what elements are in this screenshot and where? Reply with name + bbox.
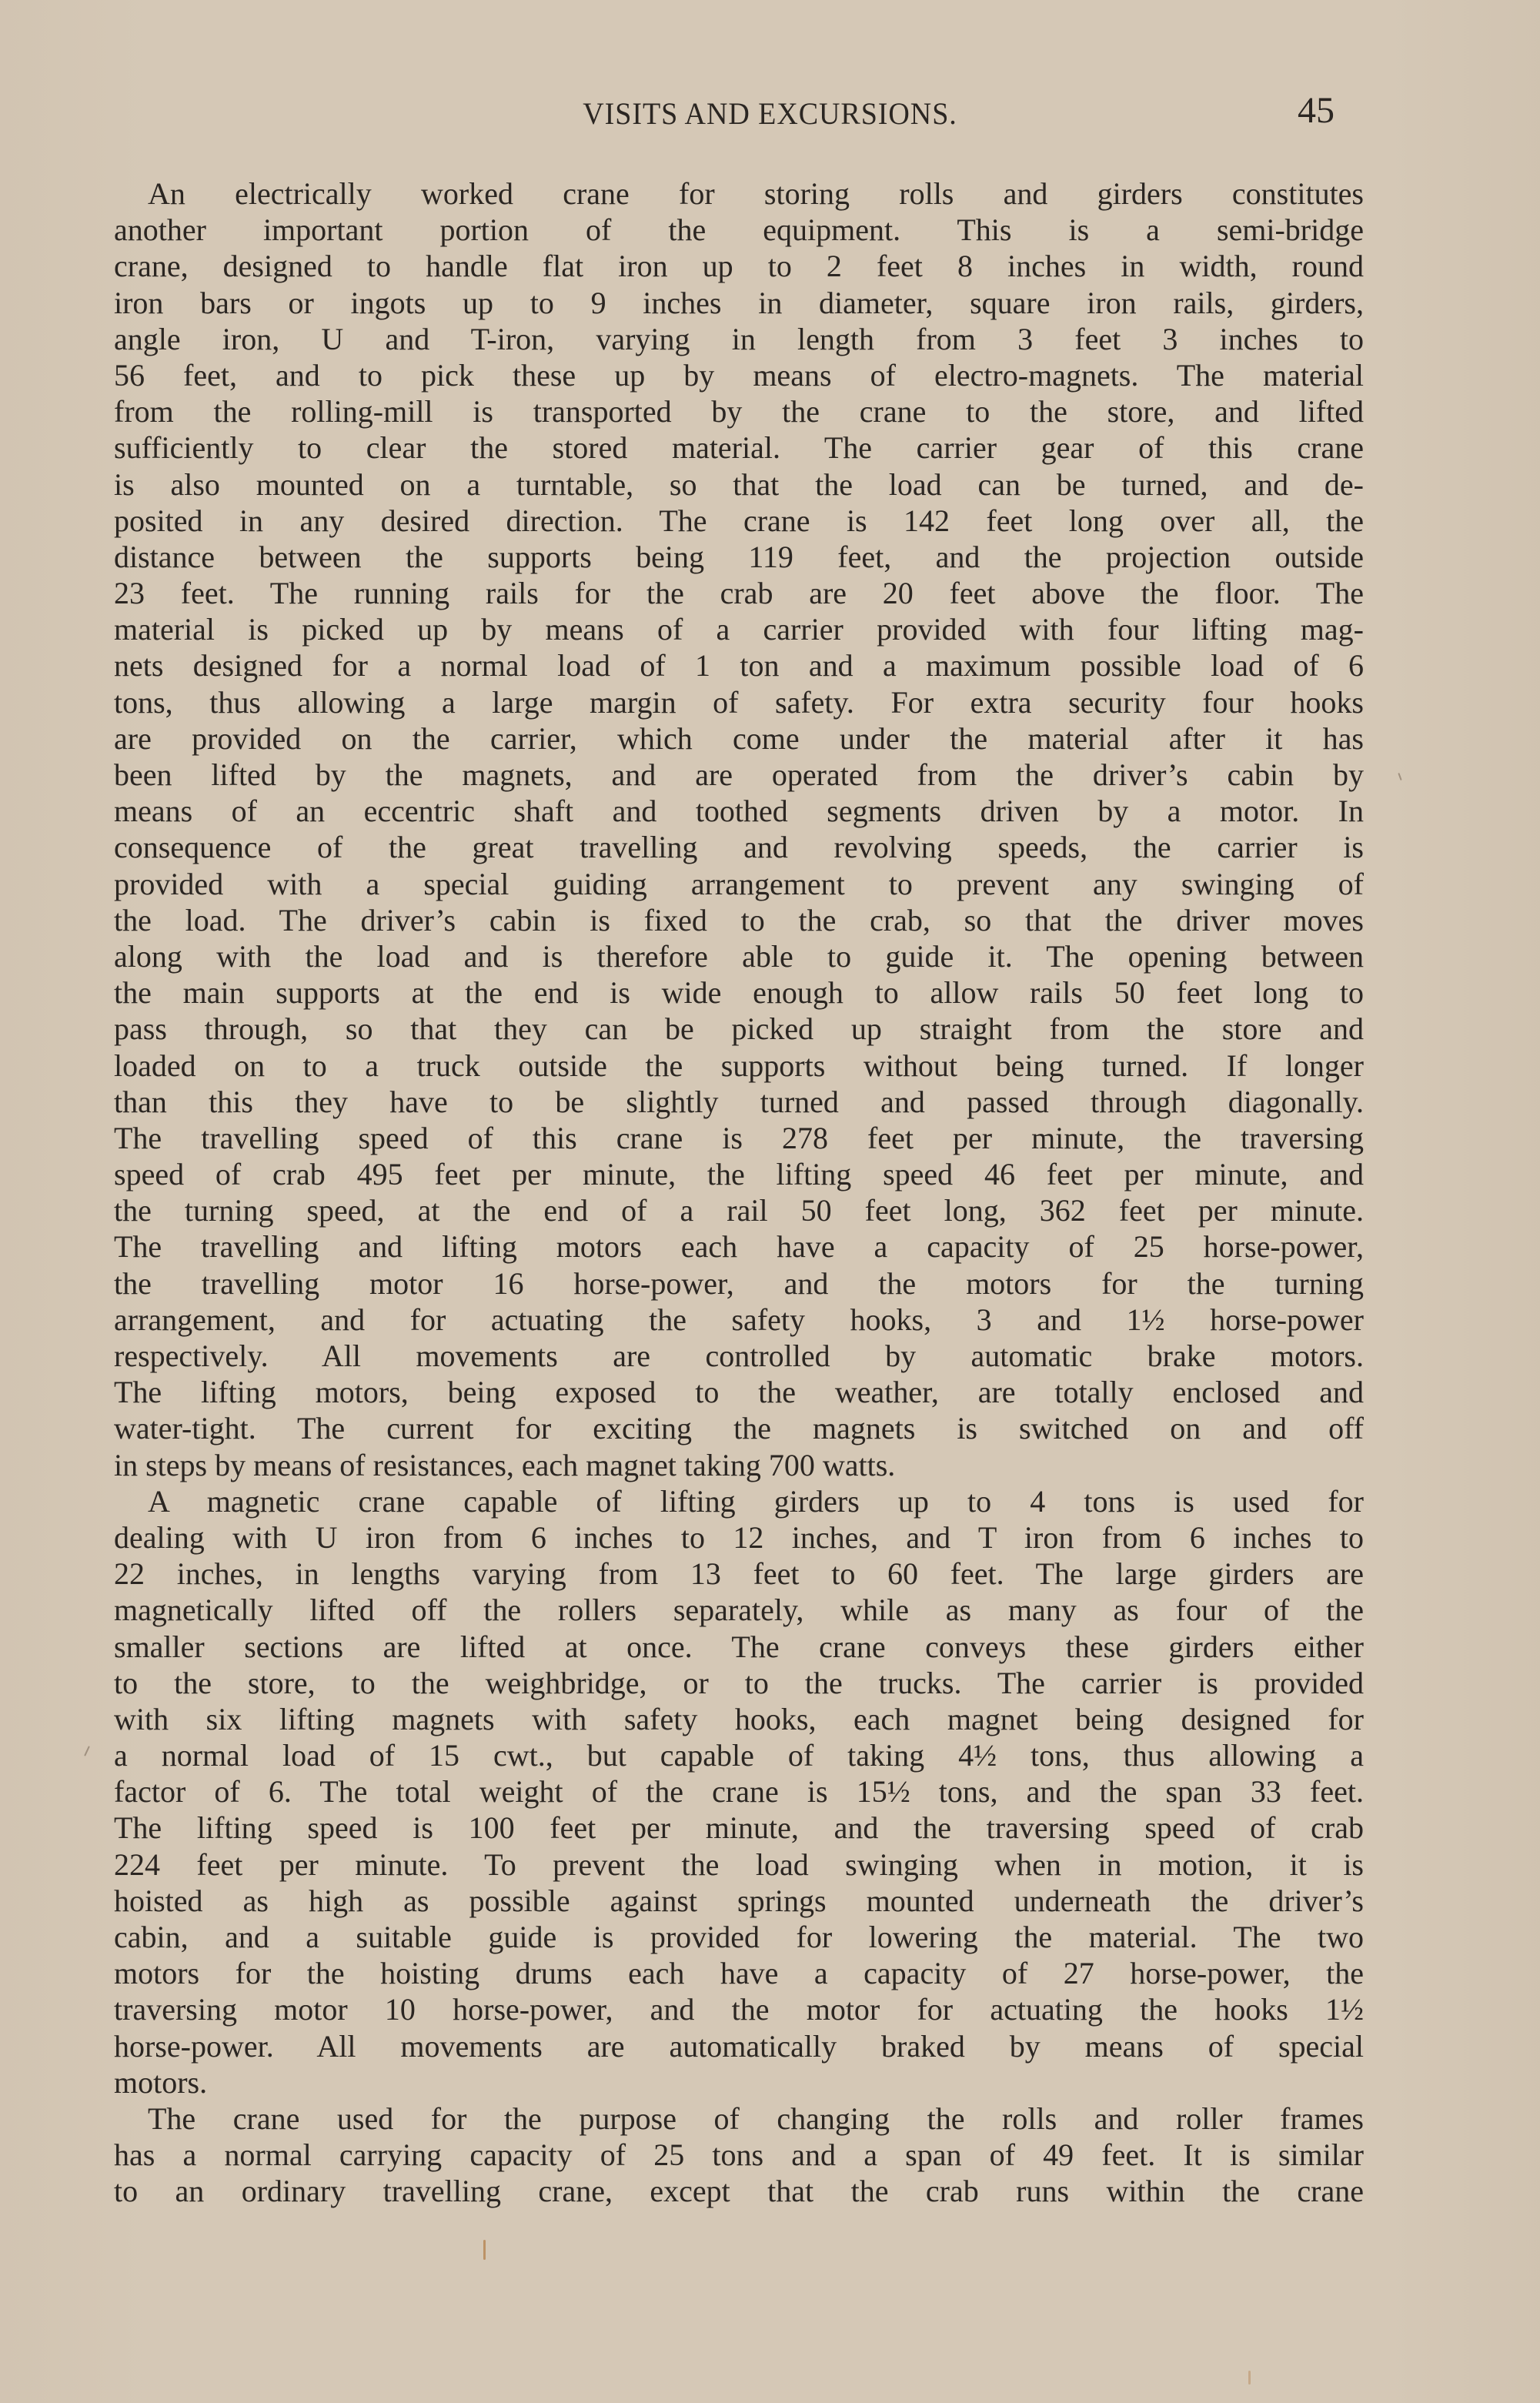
text-line: been lifted by the magnets, and are oper… xyxy=(114,757,1364,793)
running-title: VISITS AND EXCURSIONS. xyxy=(38,95,1502,132)
text-line: distance between the supports being 119 … xyxy=(114,539,1364,575)
text-line: is also mounted on a turntable, so that … xyxy=(114,466,1364,503)
text-line: 22 inches, in lengths varying from 13 fe… xyxy=(114,1556,1364,1592)
running-head: VISITS AND EXCURSIONS. 45 xyxy=(0,86,1540,132)
text-line: the load. The driver’s cabin is fixed to… xyxy=(114,902,1364,938)
text-line: The travelling and lifting motors each h… xyxy=(114,1228,1364,1265)
text-line: 56 feet, and to pick these up by means o… xyxy=(114,357,1364,393)
text-line: with six lifting magnets with safety hoo… xyxy=(114,1701,1364,1737)
text-line: material is picked up by means of a carr… xyxy=(114,611,1364,647)
text-line: are provided on the carrier, which come … xyxy=(114,720,1364,757)
page-number: 45 xyxy=(1298,89,1335,132)
text-line: The crane used for the purpose of changi… xyxy=(114,2101,1364,2137)
text-line: 23 feet. The running rails for the crab … xyxy=(114,575,1364,611)
text-line: motors for the hoisting drums each have … xyxy=(114,1955,1364,1991)
text-line: hoisted as high as possible against spri… xyxy=(114,1883,1364,1919)
paper-speck xyxy=(483,2240,486,2260)
paper-speck xyxy=(84,1746,90,1756)
book-page: VISITS AND EXCURSIONS. 45 An electricall… xyxy=(0,0,1540,2403)
text-line: The travelling speed of this crane is 27… xyxy=(114,1120,1364,1156)
text-line: provided with a special guiding arrangem… xyxy=(114,866,1364,902)
text-line: to an ordinary travelling crane, except … xyxy=(114,2173,1364,2209)
text-line: has a normal carrying capacity of 25 ton… xyxy=(114,2137,1364,2173)
text-line: 224 feet per minute. To prevent the load… xyxy=(114,1847,1364,1883)
text-line: smaller sections are lifted at once. The… xyxy=(114,1629,1364,1665)
text-line: traversing motor 10 horse-power, and the… xyxy=(114,1991,1364,2027)
text-line: crane, designed to handle flat iron up t… xyxy=(114,248,1364,284)
text-line: along with the load and is therefore abl… xyxy=(114,938,1364,974)
text-line: angle iron, U and T-iron, varying in len… xyxy=(114,321,1364,357)
text-line: tons, thus allowing a large margin of sa… xyxy=(114,684,1364,720)
text-line: consequence of the great travelling and … xyxy=(114,829,1364,865)
text-line: posited in any desired direction. The cr… xyxy=(114,503,1364,539)
text-line: magnetically lifted off the rollers sepa… xyxy=(114,1592,1364,1628)
text-line: another important portion of the equipme… xyxy=(114,212,1364,248)
text-line: loaded on to a truck outside the support… xyxy=(114,1048,1364,1084)
text-line: to the store, to the weighbridge, or to … xyxy=(114,1665,1364,1701)
text-line: pass through, so that they can be picked… xyxy=(114,1011,1364,1047)
paper-speck xyxy=(1398,773,1401,780)
text-line: than this they have to be slightly turne… xyxy=(114,1084,1364,1120)
text-line: means of an eccentric shaft and toothed … xyxy=(114,793,1364,829)
text-line: arrangement, and for actuating the safet… xyxy=(114,1302,1364,1338)
text-line: the travelling motor 16 horse-power, and… xyxy=(114,1265,1364,1302)
text-line: horse-power. All movements are automatic… xyxy=(114,2028,1364,2064)
paper-speck xyxy=(1248,2371,1251,2385)
text-line: The lifting speed is 100 feet per minute… xyxy=(114,1810,1364,1846)
text-line: cabin, and a suitable guide is provided … xyxy=(114,1919,1364,1955)
text-line: respectively. All movements are controll… xyxy=(114,1338,1364,1374)
text-line: motors. xyxy=(114,2064,1364,2101)
text-line: the turning speed, at the end of a rail … xyxy=(114,1192,1364,1228)
text-line: iron bars or ingots up to 9 inches in di… xyxy=(114,285,1364,321)
text-line: a normal load of 15 cwt., but capable of… xyxy=(114,1737,1364,1773)
text-line: in steps by means of resistances, each m… xyxy=(114,1447,1364,1483)
text-line: nets designed for a normal load of 1 ton… xyxy=(114,647,1364,683)
text-line: An electrically worked crane for storing… xyxy=(114,175,1364,212)
text-line: The lifting motors, being exposed to the… xyxy=(114,1374,1364,1410)
text-line: water-tight. The current for exciting th… xyxy=(114,1410,1364,1446)
text-line: A magnetic crane capable of lifting gird… xyxy=(114,1483,1364,1519)
text-line: sufficiently to clear the stored materia… xyxy=(114,429,1364,466)
body-text: An electrically worked crane for storing… xyxy=(114,175,1364,2210)
text-line: speed of crab 495 feet per minute, the l… xyxy=(114,1156,1364,1192)
text-line: factor of 6. The total weight of the cra… xyxy=(114,1773,1364,1810)
text-line: the main supports at the end is wide eno… xyxy=(114,974,1364,1011)
text-line: from the rolling-mill is transported by … xyxy=(114,393,1364,429)
text-line: dealing with U iron from 6 inches to 12 … xyxy=(114,1519,1364,1556)
